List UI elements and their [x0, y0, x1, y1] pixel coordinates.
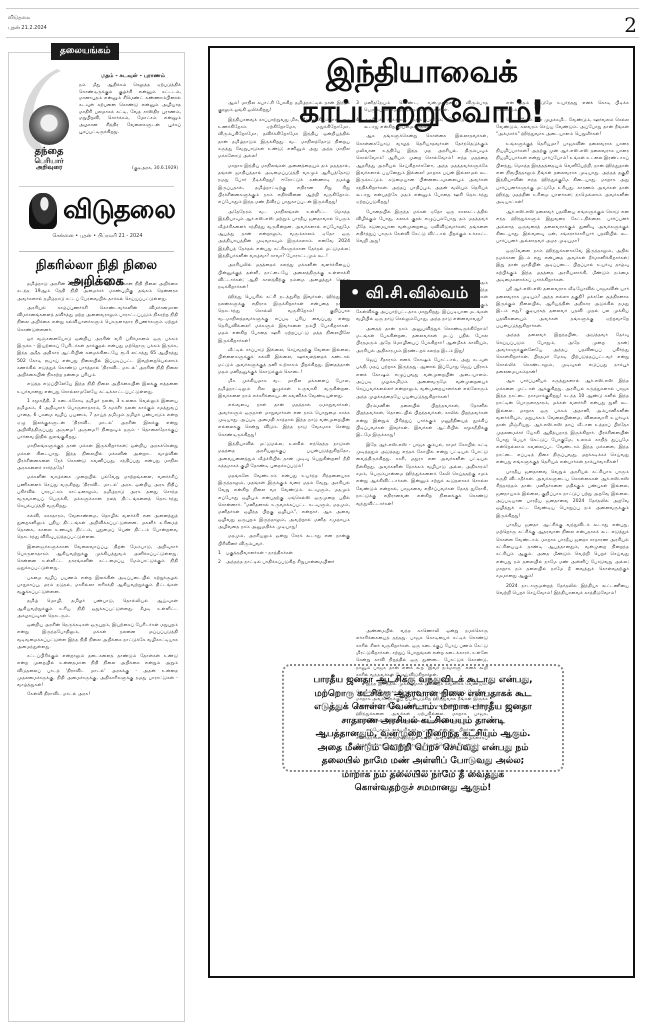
- editorial-paragraph: ஓர் வஞ்சனையோடு ஒன்றிய அரசின் வரி பகிர்மா…: [17, 336, 178, 380]
- editorial-column: தலையங்கம் தந்தை பெரியார் அறிவுரை மதம் - …: [8, 52, 185, 1022]
- periyar-portrait: [29, 105, 69, 145]
- issue-date: புதன் 21.2.2024: [8, 25, 47, 31]
- quote-title: மதம் - கடவுள் - புராணம்: [85, 73, 181, 80]
- editorial-paragraph: இளைஞர்களுக்கான வேலைவாய்ப்பு, திறன் மேம்ப…: [17, 544, 178, 573]
- pull-quote: பாரதீய ஜனதா ஆட்சிக்கு வந்துவிடக் கூடாது …: [282, 664, 564, 772]
- article-paragraph: என் மதம் மட்டுமே உயர்ந்தது எனக் கொடி பிட…: [496, 100, 629, 115]
- divider: [19, 186, 174, 187]
- article-paragraph: ஆக தங்களுக்கென்று கொள்கை இல்லாதவர்கள், க…: [356, 133, 488, 206]
- main-article: இந்தியாவைக் காப்பாற்றுவோம்! ஆம்! மாநில ச…: [208, 46, 635, 978]
- article-paragraph: இந்தியாவைக் காப்பாற்றுவது மிக, மிக முக்க…: [218, 117, 350, 161]
- paper-name: விடுதலை: [8, 15, 30, 21]
- editorial-paragraph: தமிழ்நாடு அரசின் 2024-2025ஆம் ஆண்டுக்கான…: [17, 281, 178, 303]
- article-paragraph: ஸ்ரீ ஆர்.எஸ்.எஸ் தலைவராக வீடியோவில் பாஜக…: [496, 286, 629, 330]
- quote-source: (குடிஅரசு, 30.6.1929): [132, 165, 178, 171]
- article-paragraph: 2024 நாடாளுமன்றத் தேர்தலில் இந்தியா கூட்…: [496, 583, 629, 598]
- logo-title: விடுதலை: [63, 195, 175, 228]
- logo-dateline: சென்னை • புதன் • பிப்ரவரி 21 - 2024: [19, 233, 176, 239]
- editorial-body: தமிழ்நாடு அரசின் 2024-2025ஆம் ஆண்டுக்கான…: [17, 281, 178, 701]
- periyar-silhouette-icon: [29, 193, 57, 229]
- article-paragraph: இதே ஆர்.எஸ்.எஸ் - பாஜக கும்பல், ராமர் கோ…: [356, 442, 488, 508]
- article-column-3: என் மதம் மட்டுமே உயர்ந்தது எனக் கொடி பிட…: [496, 100, 629, 599]
- periyar-quote-box: தந்தை பெரியார் அறிவுரை மதம் - கடவுள் - ப…: [15, 67, 180, 177]
- article-column-1: ஆம்! மாநில சுயாட்சி பேசுகிற தமிழ்நாட்டில…: [218, 100, 350, 569]
- quote-body: நம் மீது ஆதிக்கம் செலுத்த ஏற்படுத்திக் க…: [79, 83, 181, 136]
- editorial-paragraph: சட்டப்பிரிக்கும் என்றாலும் தடைகளைத் தாண்…: [17, 653, 178, 689]
- article-paragraph: ஜெய் சீரீராம் என முழக்கமிட வேண்டும், ஊர்…: [496, 117, 629, 139]
- editorial-signature: கேள்வி திராவிட மாடல் அரசு!: [17, 691, 178, 698]
- article-paragraph: இந்தியாவில் மட்டுமல்ல, உலகில் எந்தெந்த ந…: [218, 441, 350, 470]
- article-paragraph: பாரதீய ஜனதா ஆட்சிக்கு வந்துவிடக் கூடாது …: [496, 522, 629, 581]
- page-masthead: விடுதலை புதன் 21.2.2024 2: [6, 8, 639, 38]
- author-byline: • வி.சி.வில்வம்: [340, 280, 480, 308]
- viduthalai-logo: விடுதலை சென்னை • புதன் • பிப்ரவரி 21 - 2…: [19, 193, 176, 243]
- editorial-paragraph: அரசியல் காழ்ப்புணர்ச்சி கொண்டவர்களின் வி…: [17, 305, 178, 334]
- article-paragraph: அரசியலில் மதத்தைக் கலந்து மக்களின் வளர்ச…: [218, 262, 350, 291]
- editorial-paragraph: தமிழ் மொழி, தமிழர் பண்பாடு, தொல்லியல் ஆய…: [17, 598, 178, 620]
- editorial-paragraph: எடுத்த எடுப்பிலேயே இந்த நிதி நிலை அறிக்க…: [17, 381, 178, 396]
- list-item: 1பகுத்தறிவாளர்கள் - நாத்திகர்கள்: [218, 550, 350, 557]
- article-paragraph: பாரதீய ஜனதாவை வெறும் அரசியல் கட்சியாக பா…: [496, 469, 629, 520]
- article-paragraph: அதைத் தான் நாம் அனுபவித்துக் கொண்டிருக்க…: [356, 326, 488, 355]
- article-paragraph: மாறாக இந்திய மாநிலங்கள் அனைத்தையும் தம் …: [218, 163, 350, 207]
- editorial-paragraph: பசுமை வழிப் பயணம் என்ற இலக்கின் அடிப்படை…: [17, 575, 178, 597]
- article-paragraph: மதங்களே வேண்டாம் என்பது உயர்ந்த சிந்தனைய…: [218, 473, 350, 532]
- article-paragraph: ஆம்! மாநில சுயாட்சி பேசுகிற தமிழ்நாட்டில…: [218, 100, 350, 115]
- article-paragraph: அந்தத் தலைவர் இறந்தபின், அடுத்தவர் தேர்வ…: [496, 332, 629, 376]
- page-number: 2: [624, 13, 637, 37]
- article-paragraph: அதேநேரம் வட மாநிலங்கள் உள்ளிட்ட மொத்த இந…: [218, 209, 350, 260]
- article-paragraph: வீட்டில் சாப்பாடு இல்லை, செய்வதற்கு வேலை…: [218, 347, 350, 376]
- article-paragraph: ஆக பார்ப்பனீயக் கருத்துகளால் ஆர்.எஸ்.எஸ்…: [496, 378, 629, 466]
- editorial-paragraph: 1 சமூகநீதி, 2 கடைக்கோடி தமிழர் நலன், 3 உ…: [17, 398, 178, 442]
- editorial-paragraph: மாநிலங்களுக்குத் தான் மக்கள் இருக்கிறார்…: [17, 443, 178, 472]
- article-paragraph: பிரம்மனின் தலையில் பிறந்தவர்கள், தோளில் …: [356, 403, 488, 440]
- quote-author: தந்தை பெரியார் அறிவுரை: [21, 147, 77, 171]
- list-item: 2அந்தந்த நாட்டில் பாதிக்கப்படுகிற சிறுபா…: [218, 559, 350, 566]
- editorial-paragraph: கல்வி, சுகாதாரம், வேளாண்மை, தொழில் வளர்ச…: [17, 513, 178, 542]
- article-paragraph: போதையில் இருந்த மக்கள் ஏதோ ஒரு காலகட்டத்…: [356, 209, 488, 246]
- article-paragraph: ஒருவேளை நாம் ஹிந்துக்களாகவே இருந்தாலும்,…: [496, 248, 629, 285]
- editorial-paragraph: மக்களின் வாழ்க்கை முறையில் பல்வேறு மாற்ற…: [17, 474, 178, 510]
- article-column-2: 3மனிதநேயம் கொண்ட, வன்முறையை விரும்பாத பெ…: [356, 100, 488, 751]
- article-paragraph: உங்களுக்குத் தெரியுமா? பாஜகவின் தலைவராக …: [496, 141, 629, 207]
- list-item: 4அரசியல் சாக்கடை, மதம் புனிதம்; இரண்டும்…: [356, 117, 488, 132]
- article-paragraph: மதமும், அரசியலும் ஒன்று சேரக் கூடாது என …: [218, 533, 350, 548]
- article-paragraph: ஹிந்து பெயரில் கட்சி நடத்துகிற இவர்கள், …: [218, 294, 350, 345]
- section-badge-editorial: தலையங்கம்: [51, 43, 119, 60]
- article-paragraph: ஆர்.எஸ்.எஸ் தலைவர் பதவியை எங்களுக்கும் க…: [496, 209, 629, 246]
- article-paragraph: எவ்வளவு நாள் தான் மதத்தால் ஏமாறுவார்கள்,…: [218, 402, 350, 439]
- article-paragraph: ஜெய் சீதாராம் எனக் கோஷம் போட்டால், அது க…: [356, 357, 488, 401]
- divider: [19, 251, 174, 252]
- editorial-paragraph: ஒன்றிய அரசின் நெருக்கடிகள் ஒருபுறம், இயற…: [17, 622, 178, 651]
- article-paragraph: மிக முக்கியமாக வட மாநில மக்களைப் போல, தம…: [218, 378, 350, 400]
- list-item: 3மனிதநேயம் கொண்ட, வன்முறையை விரும்பாத பெ…: [356, 100, 488, 115]
